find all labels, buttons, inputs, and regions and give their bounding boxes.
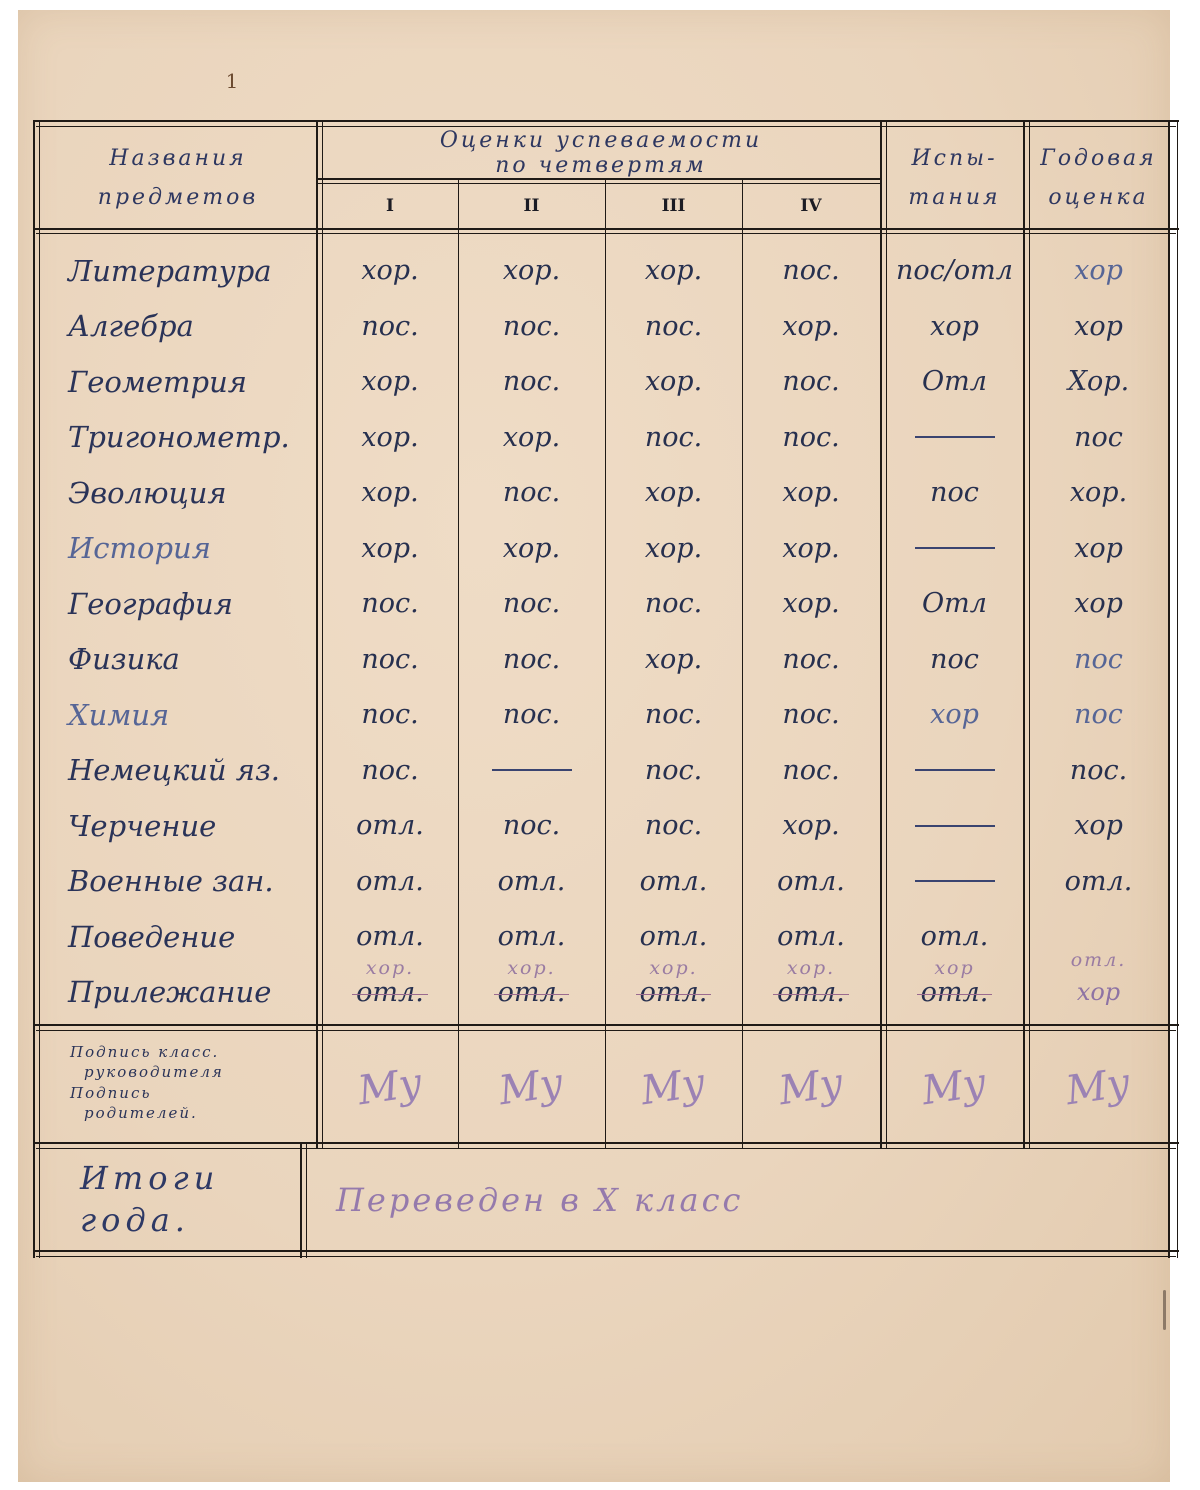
subject-name-text: Химия — [68, 698, 169, 732]
grade-q1: хор. — [322, 410, 458, 466]
subject-name: Литература — [40, 243, 344, 299]
grade-q2: хор. — [458, 521, 605, 577]
grade-q2-text: пос. — [503, 588, 560, 619]
grade-q3: пос. — [605, 798, 742, 854]
grade-q2-text: пос. — [503, 644, 560, 675]
grade-q2-text: пос. — [503, 699, 560, 730]
grade-q1: хор. — [322, 354, 458, 410]
grade-exam: хор — [886, 299, 1023, 355]
grade-q3: хор. — [605, 354, 742, 410]
grade-q3-text: пос. — [645, 588, 702, 619]
subject-name: Геометрия — [40, 354, 344, 410]
header-exams: Испы- тания — [886, 128, 1023, 228]
grade-exam-text: Отл — [922, 366, 987, 397]
grade-exam — [886, 854, 1023, 910]
grade-q4: пос. — [742, 243, 880, 299]
signature-label-line4: родителей. — [70, 1103, 198, 1123]
grade-q1-text: пос. — [361, 311, 418, 342]
grade-q2-text: пос. — [503, 311, 560, 342]
grade-exam — [886, 410, 1023, 466]
grade-q2-text: пос. — [503, 810, 560, 841]
grade-q4: хор. — [742, 798, 880, 854]
grade-q2-text: отл. — [498, 977, 566, 1008]
grade-annual-text: отл. — [1065, 866, 1133, 897]
grade-q3-text: хор. — [645, 255, 702, 286]
grade-q4-text: пос. — [782, 255, 839, 286]
grade-q2-text: хор. — [503, 255, 560, 286]
subject-name-text: Физика — [68, 642, 180, 676]
grade-q1: отл. — [322, 798, 458, 854]
grade-exam-text: отл. — [921, 921, 989, 952]
grade-q4-text: отл. — [777, 921, 845, 952]
header-exams-line2: тания — [908, 185, 1000, 210]
subject-name-text: Черчение — [68, 809, 216, 843]
grade-q1-text: отл. — [356, 977, 424, 1008]
correction-text: хор — [934, 957, 974, 979]
subject-name: Физика — [40, 632, 344, 688]
grade-q3: пос. — [605, 299, 742, 355]
grade-q3-text: пос. — [645, 755, 702, 786]
grade-exam-text: пос/отл — [896, 255, 1013, 286]
subject-name-text: Прилежание — [68, 975, 271, 1009]
subject-name-text: Поведение — [68, 920, 235, 954]
grade-q2: отл. — [458, 854, 605, 910]
grade-q1-text: пос. — [361, 588, 418, 619]
grade-q4: хор. — [742, 576, 880, 632]
grade-q3-text: пос. — [645, 810, 702, 841]
signature-q2: Му — [458, 1032, 605, 1142]
signature-annual: Му — [1029, 1032, 1168, 1142]
grade-q3: хор. — [605, 465, 742, 521]
grade-q1: пос. — [322, 743, 458, 799]
subject-name: История — [40, 521, 344, 577]
grade-exam: пос/отл — [886, 243, 1023, 299]
grade-q3: пос. — [605, 410, 742, 466]
signature-mark: Му — [1064, 1060, 1134, 1114]
grade-q3: хор. — [605, 521, 742, 577]
correction-text: хор. — [507, 957, 555, 979]
grade-q4-text: хор. — [782, 477, 839, 508]
subject-name-text: Военные зан. — [68, 864, 274, 898]
header-annual: Годовая оценка — [1029, 128, 1168, 228]
grade-annual: хор. — [1029, 465, 1168, 521]
grade-q3: пос. — [605, 687, 742, 743]
grade-q1: хор. — [322, 243, 458, 299]
subject-name-text: Немецкий яз. — [68, 753, 280, 787]
header-subjects-line2: предметов — [98, 185, 258, 210]
grade-annual: хор — [1029, 965, 1168, 1021]
grade-q4-text: пос. — [782, 644, 839, 675]
grade-annual: хор — [1029, 243, 1168, 299]
grade-exam-text: Отл — [922, 588, 987, 619]
grade-q1-text: отл. — [356, 810, 424, 841]
signature-mark: Му — [920, 1060, 990, 1114]
grade-q2-text: хор. — [503, 422, 560, 453]
grade-exam: Отл — [886, 576, 1023, 632]
signature-label-line3: Подпись — [70, 1083, 152, 1103]
grade-q1: пос. — [322, 299, 458, 355]
grade-q3-text: хор. — [645, 644, 702, 675]
signature-label-line2: руководителя — [70, 1062, 224, 1082]
grade-q1: хор. — [322, 521, 458, 577]
grade-q1-text: хор. — [361, 366, 418, 397]
grade-annual-text: Хор. — [1068, 366, 1129, 397]
grade-q2: хор. — [458, 243, 605, 299]
signature-q1: Му — [322, 1032, 458, 1142]
grade-q4: пос. — [742, 687, 880, 743]
grade-q3: пос. — [605, 576, 742, 632]
grade-q2: пос. — [458, 798, 605, 854]
grade-q2 — [458, 743, 605, 799]
grade-q4: пос. — [742, 410, 880, 466]
grade-q3-text: отл. — [640, 921, 708, 952]
subject-name: Прилежание — [40, 965, 344, 1021]
grade-q2: пос. — [458, 576, 605, 632]
dash-mark — [915, 880, 995, 882]
grade-q3: хор. — [605, 243, 742, 299]
grade-annual-text: хор — [1074, 255, 1123, 286]
grade-q1-text: пос. — [361, 644, 418, 675]
grade-q4: отл.хор. — [742, 965, 880, 1021]
grade-q4-text: пос. — [782, 422, 839, 453]
header-annual-line2: оценка — [1048, 185, 1148, 210]
grade-q4-text: отл. — [777, 866, 845, 897]
subject-name: Алгебра — [40, 299, 344, 355]
grade-annual-text: пос. — [1070, 755, 1127, 786]
grade-q4-text: пос. — [782, 755, 839, 786]
subject-name: Поведение — [40, 909, 344, 965]
grade-annual: пос — [1029, 632, 1168, 688]
subject-name: Немецкий яз. — [40, 743, 344, 799]
grade-q4: хор. — [742, 465, 880, 521]
subject-name-text: Тригонометр. — [68, 420, 290, 454]
grade-q3-text: пос. — [645, 422, 702, 453]
grade-annual: Хор. — [1029, 354, 1168, 410]
header-quarter-4: IV — [742, 184, 880, 228]
grade-exam — [886, 521, 1023, 577]
grade-annual: хор — [1029, 576, 1168, 632]
grade-annual: пос — [1029, 410, 1168, 466]
grade-q4-text: хор. — [782, 533, 839, 564]
grade-q1: пос. — [322, 632, 458, 688]
signature-mark: Му — [497, 1060, 567, 1114]
subject-name: Тригонометр. — [40, 410, 344, 466]
correction-text: хор. — [649, 957, 697, 979]
summary-label: Итоги года. — [40, 1150, 340, 1250]
grade-q4-text: пос. — [782, 699, 839, 730]
signature-mark: Му — [639, 1060, 709, 1114]
grade-q2-text: хор. — [503, 533, 560, 564]
grade-exam — [886, 798, 1023, 854]
grade-q4-text: хор. — [782, 311, 839, 342]
grade-q2: отл.хор. — [458, 965, 605, 1021]
grade-exam: пос — [886, 465, 1023, 521]
grade-q4-text: отл. — [777, 977, 845, 1008]
grade-exam-text: отл. — [921, 977, 989, 1008]
header-quarter-3: III — [605, 184, 742, 228]
grade-q3: хор. — [605, 632, 742, 688]
subject-name-text: География — [68, 587, 233, 621]
grade-exam-text: пос — [930, 644, 979, 675]
header-quarters-line2: по четвертям — [495, 153, 707, 178]
grade-q3-text: хор. — [645, 366, 702, 397]
grade-annual-text: хор — [1074, 533, 1123, 564]
grade-q2: пос. — [458, 687, 605, 743]
grade-annual: отл. — [1029, 854, 1168, 910]
page-mark: 1 — [222, 66, 242, 96]
grade-q4: пос. — [742, 632, 880, 688]
signature-mark: Му — [776, 1060, 846, 1114]
grade-q2: пос. — [458, 299, 605, 355]
header-quarters-title: Оценки успеваемости по четвертям — [322, 128, 880, 178]
grade-q4: пос. — [742, 354, 880, 410]
grade-q3-text: хор. — [645, 477, 702, 508]
grade-q4-text: хор. — [782, 810, 839, 841]
grade-annual-text: пос — [1074, 644, 1123, 675]
grade-annual-text: пос — [1074, 699, 1123, 730]
subject-name-text: История — [68, 531, 211, 565]
grade-q1: пос. — [322, 687, 458, 743]
dash-mark — [915, 769, 995, 771]
grade-annual-text: хор — [1074, 810, 1123, 841]
grade-exam-text: пос — [930, 477, 979, 508]
subject-name: Военные зан. — [40, 854, 344, 910]
dash-mark — [492, 769, 572, 771]
grade-q4-text: пос. — [782, 366, 839, 397]
grade-q3-text: хор. — [645, 533, 702, 564]
grade-q1-text: хор. — [361, 255, 418, 286]
grade-q1-text: хор. — [361, 477, 418, 508]
grade-q1-text: хор. — [361, 422, 418, 453]
grade-q3-text: пос. — [645, 311, 702, 342]
grade-q3-text: отл. — [640, 866, 708, 897]
correction-text: хор. — [366, 957, 414, 979]
grade-q2: пос. — [458, 354, 605, 410]
grade-q1-text: хор. — [361, 533, 418, 564]
header-quarters-line1: Оценки успеваемости — [440, 128, 762, 153]
subject-name-text: Эволюция — [68, 476, 227, 510]
dash-mark — [915, 825, 995, 827]
grade-annual: отл. — [1029, 909, 1168, 965]
signature-label-line1: Подпись класс. — [70, 1042, 219, 1062]
subject-name: Черчение — [40, 798, 344, 854]
header-exams-line1: Испы- — [911, 146, 997, 171]
signature-q4: Му — [742, 1032, 880, 1142]
edge-stain — [1163, 1290, 1166, 1330]
subject-name-text: Геометрия — [68, 365, 247, 399]
grade-q3: пос. — [605, 743, 742, 799]
grade-exam: отл.хор — [886, 965, 1023, 1021]
grade-q4: отл. — [742, 854, 880, 910]
grade-q2: пос. — [458, 632, 605, 688]
grade-annual-text: хор. — [1070, 477, 1127, 508]
subject-name-text: Литература — [68, 254, 272, 288]
grade-annual-text: пос — [1074, 422, 1123, 453]
header-quarter-1: I — [322, 184, 458, 228]
grade-q1: отл.хор. — [322, 965, 458, 1021]
grade-q3-text: отл. — [640, 977, 708, 1008]
grade-annual-text: хор — [1074, 588, 1123, 619]
grade-annual-text: хор — [1074, 311, 1123, 342]
grade-annual: хор — [1029, 299, 1168, 355]
grade-q4: хор. — [742, 521, 880, 577]
subject-name: Эволюция — [40, 465, 344, 521]
dash-mark — [915, 436, 995, 438]
grade-q2-text: отл. — [498, 866, 566, 897]
grade-q1-text: отл. — [356, 921, 424, 952]
grade-q1-text: пос. — [361, 699, 418, 730]
signature-label: Подпись класс. руководителя Подпись роди… — [40, 1032, 346, 1152]
header-subjects-line1: Названия — [109, 146, 246, 171]
grade-q2: пос. — [458, 465, 605, 521]
subject-name: Химия — [40, 687, 344, 743]
grade-exam-text: хор — [930, 699, 979, 730]
grade-q3: отл. — [605, 854, 742, 910]
correction-text: хор — [1077, 978, 1120, 1006]
signature-exams: Му — [886, 1032, 1023, 1142]
grade-annual: хор — [1029, 798, 1168, 854]
grade-q1: пос. — [322, 576, 458, 632]
dash-mark — [915, 547, 995, 549]
grade-exam — [886, 743, 1023, 799]
grade-exam: пос — [886, 632, 1023, 688]
grade-q2: хор. — [458, 410, 605, 466]
summary-label-line1: Итоги — [80, 1158, 219, 1200]
grade-q2-text: отл. — [498, 921, 566, 952]
grade-annual: хор — [1029, 521, 1168, 577]
grade-q1: хор. — [322, 465, 458, 521]
grade-q3-text: пос. — [645, 699, 702, 730]
grade-exam: хор — [886, 687, 1023, 743]
grade-annual: пос. — [1029, 743, 1168, 799]
grade-q4: пос. — [742, 743, 880, 799]
grade-q4: хор. — [742, 299, 880, 355]
grade-q3: отл.хор. — [605, 965, 742, 1021]
grade-q1-text: отл. — [356, 866, 424, 897]
subject-name-text: Алгебра — [68, 309, 194, 343]
header-subjects: Названия предметов — [40, 128, 316, 228]
grade-q2-text: пос. — [503, 366, 560, 397]
header-quarter-2: II — [458, 184, 605, 228]
correction-text: хор. — [787, 957, 835, 979]
grade-q4-text: хор. — [782, 588, 839, 619]
header-annual-line1: Годовая — [1040, 146, 1157, 171]
grade-q1: отл. — [322, 854, 458, 910]
grade-exam: Отл — [886, 354, 1023, 410]
grade-q2-text: пос. — [503, 477, 560, 508]
summary-label-line2: года. — [80, 1200, 190, 1242]
grade-exam-text: хор — [930, 311, 979, 342]
grade-q1-text: пос. — [361, 755, 418, 786]
subject-name: География — [40, 576, 344, 632]
summary-value: Переведен в X класс — [306, 1150, 1198, 1250]
signature-mark: Му — [355, 1060, 425, 1114]
signature-q3: Му — [605, 1032, 742, 1142]
grade-annual: пос — [1029, 687, 1168, 743]
